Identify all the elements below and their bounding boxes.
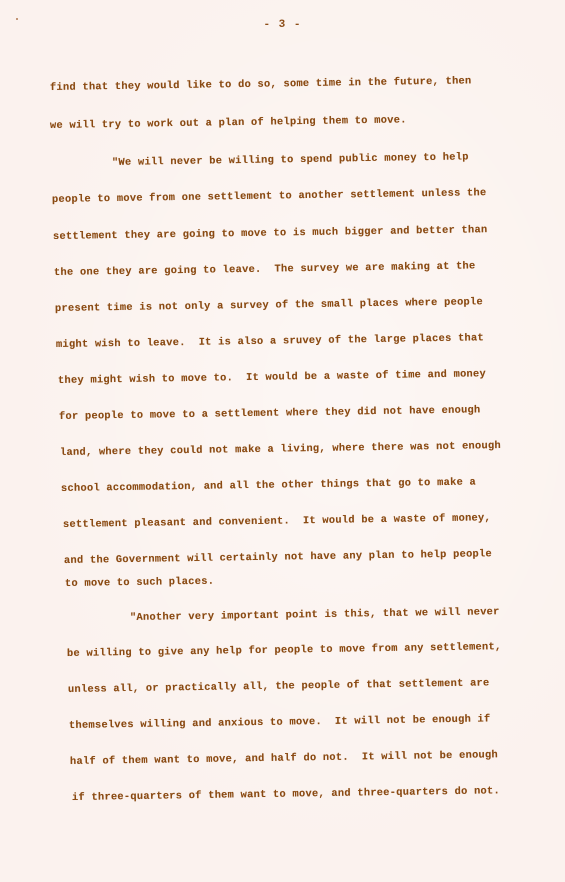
text-line-15: to move to such places. <box>65 576 214 590</box>
text-line-19: themselves willing and anxious to move. … <box>69 713 491 732</box>
text-line-8: might wish to leave. It is also a sruvey… <box>56 332 484 351</box>
text-line-12: school accommodation, and all the other … <box>61 476 476 495</box>
page-number: - 3 - <box>0 19 565 31</box>
text-line-2: we will try to work out a plan of helpin… <box>50 114 407 132</box>
text-line-16: "Another very important point is this, t… <box>130 606 500 624</box>
text-line-18: unless all, or practically all, the peop… <box>68 677 490 696</box>
text-line-20: half of them want to move, and half do n… <box>70 749 498 768</box>
text-line-5: settlement they are going to move to is … <box>53 224 488 243</box>
text-line-7: present time is not only a survey of the… <box>55 296 483 315</box>
text-line-6: the one they are going to leave. The sur… <box>54 260 476 279</box>
text-line-14: and the Government will certainly not ha… <box>64 548 492 567</box>
text-line-13: settlement pleasant and convenient. It w… <box>63 512 491 531</box>
text-line-9: they might wish to move to. It would be … <box>58 368 486 387</box>
text-line-4: people to move from one settlement to an… <box>52 187 487 206</box>
text-line-3: "We will never be willing to spend publi… <box>112 151 469 169</box>
text-line-17: be willing to give any help for people t… <box>67 641 502 660</box>
text-line-1: find that they would like to do so, some… <box>50 75 472 94</box>
text-line-11: land, where they could not make a living… <box>60 440 501 459</box>
typewritten-page: - 3 - find that they would like to do so… <box>0 0 565 882</box>
text-line-10: for people to move to a settlement where… <box>59 404 481 423</box>
text-line-21: if three-quarters of them want to move, … <box>72 785 500 804</box>
